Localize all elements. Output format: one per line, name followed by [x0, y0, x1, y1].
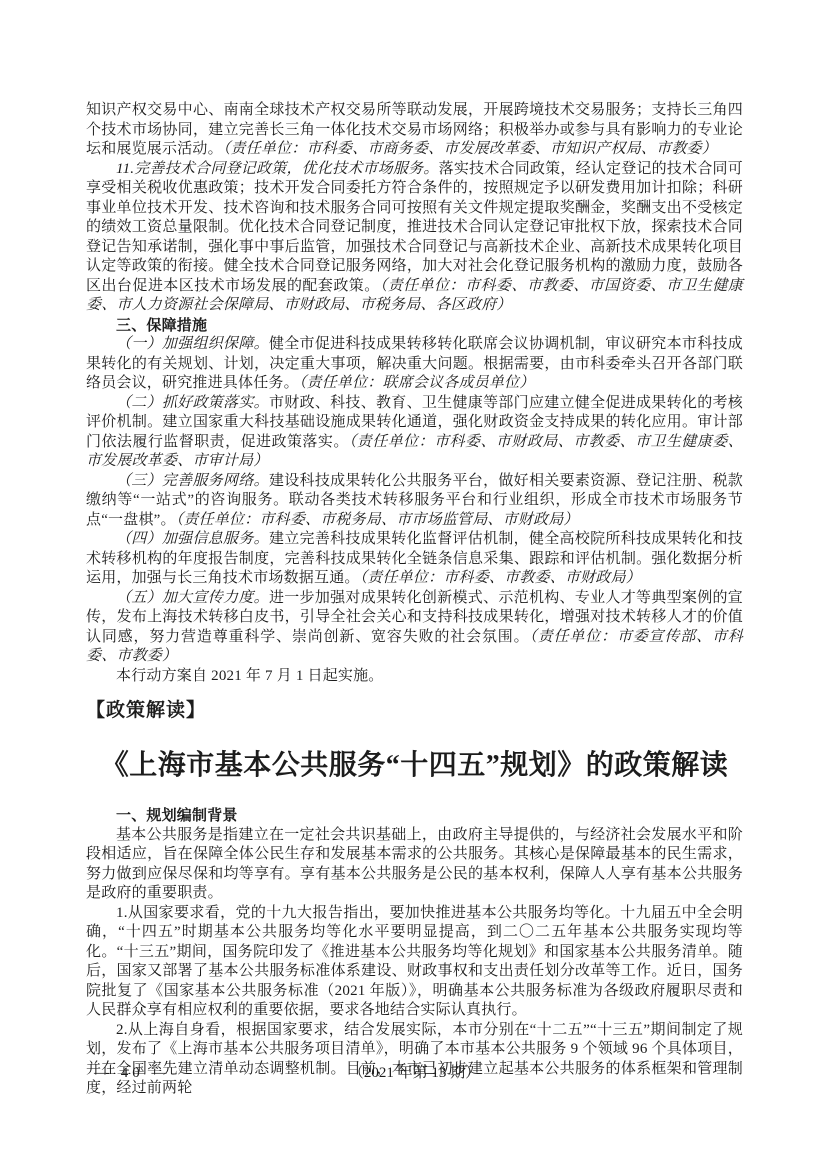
safeguard-item-4: （四）加强信息服务。建立完善科技成果转化监督评估机制，健全高校院所科技成果转化和… — [86, 530, 743, 589]
safeguard-item-1: （一）加强组织保障。健全市促进科技成果转移转化联席会议协调机制，审议研究本市科技… — [86, 335, 743, 394]
item-lead: （一）加强组织保障。 — [116, 336, 269, 352]
responsibility-clause: （责任单位：市科委、市税务局、市市场监管局、市财政局） — [176, 512, 579, 528]
body-paragraph-definition: 基本公共服务是指建立在一定社会共识基础上，由政府主导提供的，与经济社会发展水平和… — [86, 826, 743, 904]
safeguard-item-2: （二）抓好政策落实。市财政、科技、教育、卫生健康等部门应建立健全促进成果转化的考… — [86, 394, 743, 472]
continued-paragraph: 知识产权交易中心、南南全球技术产权交易所等联动发展，开展跨境技术交易服务；支持长… — [86, 101, 743, 160]
issue-number: （2021 年第 13 期） — [86, 1062, 743, 1084]
paragraph-item-11: 11.完善技术合同登记政策，优化技术市场服务。落实技术合同政策，经认定登记的技术… — [86, 160, 743, 316]
responsibility-clause: （责任单位：联席会议各成员单位） — [299, 375, 535, 391]
safeguard-item-3: （三）完善服务网络。建设科技成果转化公共服务平台，做好相关要素资源、登记注册、税… — [86, 472, 743, 531]
paragraph-text: 落实技术合同政策，经认定登记的技术合同可享受相关税收优惠政策；技术开发合同委托方… — [86, 161, 743, 294]
item-lead: （三）完善服务网络。 — [116, 473, 269, 489]
column-marker-policy-interpretation: 【政策解读】 — [86, 698, 743, 724]
article-title: 《上海市基本公共服务“十四五”规划》的政策解读 — [86, 747, 743, 785]
page-body: 知识产权交易中心、南南全球技术产权交易所等联动发展，开展跨境技术交易服务；支持长… — [86, 101, 743, 1099]
body-paragraph-shanghai-context: 2.从上海自身看，根据国家要求，结合发展实际，本市分别在“十二五”“十三五”期间… — [86, 1021, 743, 1099]
responsibility-clause: （责任单位：市科委、市商务委、市发展改革委、市知识产权局、市教委） — [223, 141, 717, 157]
section-heading-safeguards: 三、保障措施 — [86, 316, 743, 336]
effective-date-line: 本行动方案自 2021 年 7 月 1 日起实施。 — [86, 667, 743, 687]
responsibility-clause: （责任单位：市科委、市教委、市财政局） — [360, 570, 641, 586]
item-lead: （二）抓好政策落实。 — [116, 395, 269, 411]
body-paragraph-national-requirements: 1.从国家要求看，党的十九大报告指出，要加快推进基本公共服务均等化。十九届五中全… — [86, 904, 743, 1021]
page-footer: — 40 — （2021 年第 13 期） — [86, 1062, 743, 1084]
item-lead: 11.完善技术合同登记政策，优化技术市场服务。 — [116, 161, 439, 177]
item-lead: （五）加大宣传力度。 — [116, 590, 269, 606]
item-lead: （四）加强信息服务。 — [116, 531, 269, 547]
gazette-page: { "document": { "continuation": { "para_… — [0, 0, 827, 1170]
section-heading-background: 一、规划编制背景 — [86, 806, 743, 826]
safeguard-item-5: （五）加大宣传力度。进一步加强对成果转化创新模式、示范机构、专业人才等典型案例的… — [86, 589, 743, 667]
